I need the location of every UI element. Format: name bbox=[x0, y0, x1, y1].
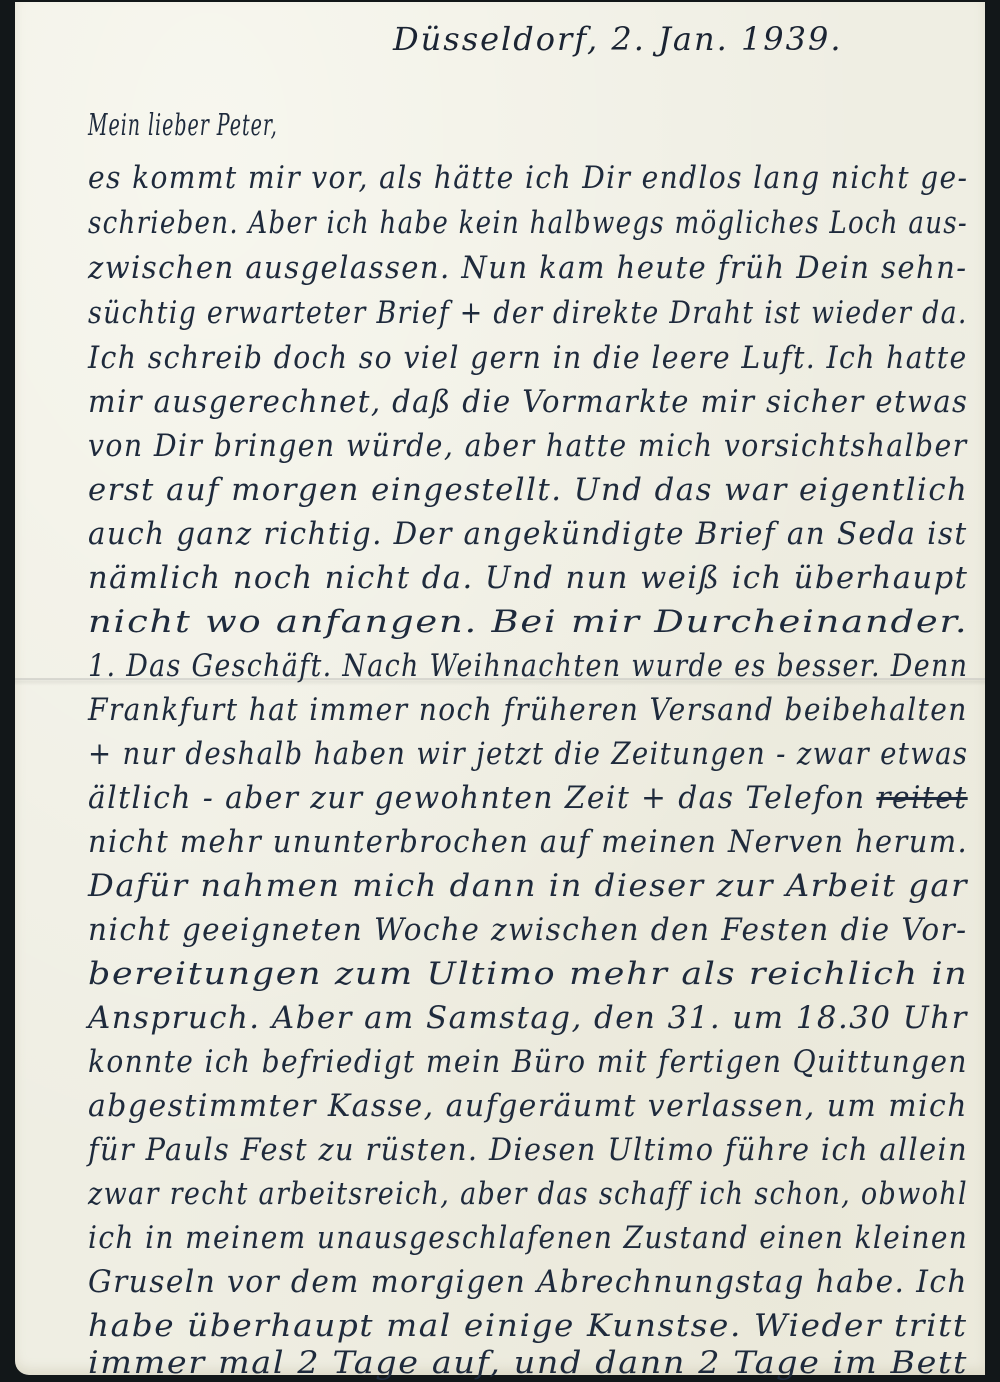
letter-line-19: bereitungen zum Ultimo mehr als reichlic… bbox=[88, 956, 968, 992]
letter-line-11: nicht wo anfangen. Bei mir Durcheinander… bbox=[88, 604, 968, 640]
letter-line-20: Anspruch. Aber am Samstag, den 31. um 18… bbox=[88, 1000, 968, 1036]
letter-line-21: konnte ich befriedigt mein Büro mit fert… bbox=[88, 1044, 968, 1080]
struck-word: reitet bbox=[876, 780, 967, 816]
letter-line-2: schrieben. Aber ich habe kein halbwegs m… bbox=[88, 205, 968, 241]
letter-line-27: habe überhaupt mal einige Kunstse. Wiede… bbox=[88, 1308, 968, 1344]
letter-line-16: nicht mehr ununterbrochen auf meinen Ner… bbox=[88, 824, 968, 860]
letter-line-6: mir ausgerechnet, daß die Vormarkte mir … bbox=[88, 384, 968, 420]
letter-line-3: zwischen ausgelassen. Nun kam heute früh… bbox=[88, 250, 968, 286]
letter-line-8: erst auf morgen eingestellt. Und das war… bbox=[88, 472, 968, 508]
letter-line-7: von Dir bringen würde, aber hatte mich v… bbox=[88, 428, 968, 464]
letter-line-9: auch ganz richtig. Der angekündigte Brie… bbox=[88, 516, 968, 552]
letter-line-23: für Pauls Fest zu rüsten. Diesen Ultimo … bbox=[88, 1132, 968, 1168]
letter-line-14: + nur deshalb haben wir jetzt die Zeitun… bbox=[88, 736, 968, 772]
letter-line-25: ich in meinem unausgeschlafenen Zustand … bbox=[88, 1220, 968, 1256]
letter-line-4: süchtig erwarteter Brief + der direkte D… bbox=[88, 295, 968, 331]
letter-dateline: Düsseldorf, 2. Jan. 1939. bbox=[393, 20, 843, 58]
letter-line-26: Gruseln vor dem morgigen Abrechnungstag … bbox=[88, 1264, 968, 1300]
letter-line-13: Frankfurt hat immer noch früheren Versan… bbox=[88, 692, 968, 728]
letter-salutation: Mein lieber Peter, bbox=[88, 108, 278, 143]
letter-line-17: Dafür nahmen mich dann in dieser zur Arb… bbox=[88, 868, 968, 904]
letter-line-18: nicht geeigneten Woche zwischen den Fest… bbox=[88, 912, 968, 948]
letter-line-10: nämlich noch nicht da. Und nun weiß ich … bbox=[88, 560, 968, 596]
letter-line-22: abgestimmter Kasse, aufgeräumt verlassen… bbox=[88, 1088, 968, 1124]
letter-line-28: immer mal 2 Tage auf, und dann 2 Tage im… bbox=[88, 1345, 968, 1381]
letter-line-5: Ich schreib doch so viel gern in die lee… bbox=[88, 340, 968, 376]
letter-line-15: ältlich - aber zur gewohnten Zeit + das … bbox=[88, 780, 968, 816]
letter-line-24: zwar recht arbeitsreich, aber das schaff… bbox=[88, 1176, 968, 1212]
letter-line-12: 1. Das Geschäft. Nach Weihnachten wurde … bbox=[88, 648, 968, 684]
letter-line-1: es kommt mir vor, als hätte ich Dir endl… bbox=[88, 160, 832, 196]
